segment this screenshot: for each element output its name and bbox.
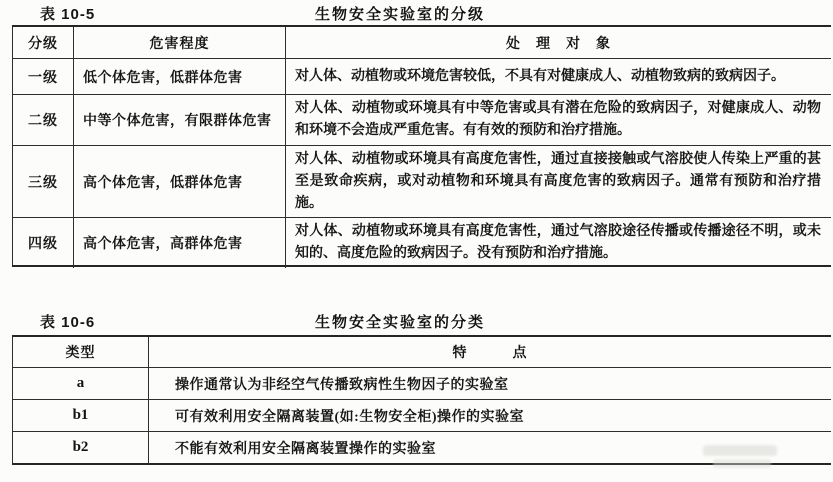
table5-header-hazard: 危害程度 (74, 27, 286, 58)
target-text: 对人体、动植物或环境具有高度危害性，通过直接接触或气溶胶使人传染上严重的甚至是致… (295, 149, 821, 215)
level-cell: 一级 (13, 59, 74, 94)
target-text: 对人体、动植物或环境具有高度危害性，通过气溶胶途径传播或传播途径不明，或未知的、… (295, 221, 821, 265)
type-cell: b1 (13, 400, 149, 431)
target-cell: 对人体、动植物或环境具有中等危害或具有潜在危险的致病因子，对健康成人、动物和环境… (286, 95, 831, 145)
table5-header-target: 处 理 对 象 (286, 27, 831, 58)
level-cell: 二级 (13, 95, 74, 145)
target-cell: 对人体、动植物或环境具有高度危害性，通过直接接触或气溶胶使人传染上严重的甚至是致… (286, 146, 831, 218)
scanned-document-page: 表 10-5 生物安全实验室的分级 分级 危害程度 处 理 对 象 一级 低个体… (0, 0, 833, 482)
hazard-cell: 高个体危害，高群体危害 (74, 218, 286, 268)
table6-header-type: 类型 (13, 337, 149, 367)
table-row: 三级 高个体危害，低群体危害 对人体、动植物或环境具有高度危害性，通过直接接触或… (13, 146, 831, 218)
hazard-cell: 中等个体危害，有限群体危害 (74, 95, 286, 145)
level-cell: 三级 (13, 146, 74, 218)
table-row: 二级 中等个体危害，有限群体危害 对人体、动植物或环境具有中等危害或具有潜在危险… (13, 95, 831, 146)
table-row: b1 可有效利用安全隔离装置(如:生物安全柜)操作的实验室 (13, 400, 831, 432)
target-cell: 对人体、动植物或环境危害较低，不具有对健康成人、动植物致病的致病因子。 (286, 59, 831, 94)
scan-smudge (703, 445, 777, 456)
table5-title: 生物安全实验室的分级 (0, 3, 800, 24)
table6-header-row: 类型 特 点 (13, 337, 831, 368)
type-cell: a (13, 368, 149, 399)
type-cell: b2 (13, 432, 149, 463)
target-text: 对人体、动植物或环境具有中等危害或具有潜在危险的致病因子，对健康成人、动物和环境… (295, 98, 821, 142)
hazard-cell: 高个体危害，低群体危害 (74, 146, 286, 218)
table-row: 四级 高个体危害，高群体危害 对人体、动植物或环境具有高度危害性，通过气溶胶途径… (13, 218, 831, 265)
table-row: a 操作通常认为非经空气传播致病性生物因子的实验室 (13, 368, 831, 400)
table6-header-feature: 特 点 (149, 337, 831, 367)
scan-smudge (713, 459, 771, 468)
target-text: 对人体、动植物或环境危害较低，不具有对健康成人、动植物致病的致病因子。 (295, 66, 821, 88)
feature-cell: 可有效利用安全隔离装置(如:生物安全柜)操作的实验室 (149, 400, 831, 431)
table6-title: 生物安全实验室的分类 (0, 311, 800, 332)
table5-header-row: 分级 危害程度 处 理 对 象 (13, 27, 831, 59)
hazard-cell: 低个体危害，低群体危害 (74, 59, 286, 94)
table-10-5: 分级 危害程度 处 理 对 象 一级 低个体危害，低群体危害 对人体、动植物或环… (12, 25, 831, 267)
feature-cell: 操作通常认为非经空气传播致病性生物因子的实验室 (149, 368, 831, 399)
table5-header-level: 分级 (13, 27, 74, 58)
table-row: 一级 低个体危害，低群体危害 对人体、动植物或环境危害较低，不具有对健康成人、动… (13, 59, 831, 95)
target-cell: 对人体、动植物或环境具有高度危害性，通过气溶胶途径传播或传播途径不明，或未知的、… (286, 218, 831, 268)
level-cell: 四级 (13, 218, 74, 268)
